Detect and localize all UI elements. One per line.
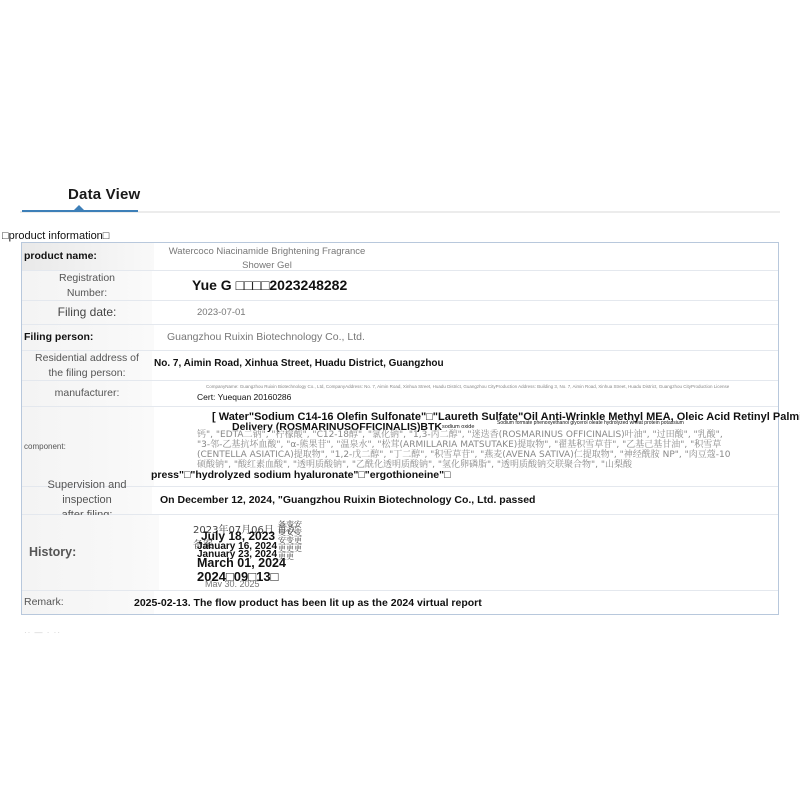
supervision-label: Supervision and inspection after filing:	[22, 487, 152, 514]
filing-person-label: Filing person:	[22, 325, 154, 350]
filing-date-label: Filing date:	[22, 301, 152, 324]
row-manufacturer: manufacturer: CompanyName: Guangzhou Rui…	[22, 381, 778, 407]
row-history: History: 2023年07月06日 首次备案 July 18, 2023 …	[22, 515, 778, 591]
history-label: History:	[22, 515, 159, 590]
row-residential-address: Residential address of the filing person…	[22, 351, 778, 381]
product-name-label: product name:	[22, 243, 154, 270]
row-product-name: product name: Watercoco Niacinamide Brig…	[22, 243, 778, 271]
product-name-line1: Watercoco Niacinamide Brightening Fragra…	[162, 245, 372, 259]
product-info-table: product name: Watercoco Niacinamide Brig…	[21, 242, 779, 615]
filing-person-value: Guangzhou Ruixin Biotechnology Co., Ltd.	[167, 331, 365, 343]
tab-bar: Data View	[20, 182, 780, 214]
row-filing-date: Filing date: 2023-07-01	[22, 301, 778, 325]
address-label-line2: the filing person:	[35, 366, 139, 381]
registration-label-line1: Registration	[59, 271, 115, 286]
component-tail: press"□"hydrolyzed sodium hyaluronate"□"…	[151, 469, 450, 481]
history-vertical-text: 备变安变安变安变更更更更更更	[278, 521, 302, 583]
caret-up-icon	[74, 205, 84, 210]
row-component: component: [ Water"Sodium C14-16 Olefin …	[22, 407, 778, 487]
residential-address-label: Residential address of the filing person…	[22, 351, 152, 380]
product-name-value: Watercoco Niacinamide Brightening Fragra…	[162, 245, 372, 273]
supervision-value: On December 12, 2024, "Guangzhou Ruixin …	[160, 494, 535, 506]
filing-date-value: 2023-07-01	[197, 307, 246, 318]
manufacturer-cert: Cert: Yuequan 20160286	[197, 392, 291, 402]
row-registration-number: Registration Number: Yue G □□□□202324828…	[22, 271, 778, 301]
tab-active-indicator	[22, 210, 138, 212]
history-entries: 2023年07月06日 首次备案 July 18, 2023 January 1…	[193, 519, 303, 587]
footer-faint-text: ·· — · ··	[24, 628, 61, 637]
manufacturer-detail: CompanyName: Guangzhou Ruixin Biotechnol…	[206, 384, 729, 389]
address-label-line1: Residential address of	[35, 351, 139, 366]
row-remark: Remark: 2025-02-13. The flow product has…	[22, 591, 778, 614]
residential-address-value: No. 7, Aimin Road, Xinhua Street, Huadu …	[154, 358, 444, 369]
tab-data-view[interactable]: Data View	[68, 186, 140, 203]
registration-number-label: Registration Number:	[22, 271, 152, 300]
manufacturer-label: manufacturer:	[22, 381, 152, 406]
registration-label-line2: Number:	[59, 286, 115, 301]
row-filing-person: Filing person: Guangzhou Ruixin Biotechn…	[22, 325, 778, 351]
history-entry[interactable]: March 01, 2024	[197, 556, 286, 570]
section-title: □product information□	[2, 230, 109, 242]
history-entry[interactable]: May 30, 2025	[205, 579, 260, 587]
remark-value: 2025-02-13. The flow product has been li…	[134, 597, 482, 609]
row-supervision: Supervision and inspection after filing:…	[22, 487, 778, 515]
component-small2: Sodium formate phenoxyethanol glycerol o…	[497, 420, 684, 426]
supervision-label-line1: Supervision and inspection	[22, 478, 152, 508]
registration-number-value: Yue G □□□□2023248282	[192, 277, 347, 293]
component-label: component:	[22, 407, 154, 486]
component-chinese: 钙", "EDTA二钠", "柠檬酸", "C12-18醇", "氯化钠", "…	[197, 430, 737, 470]
